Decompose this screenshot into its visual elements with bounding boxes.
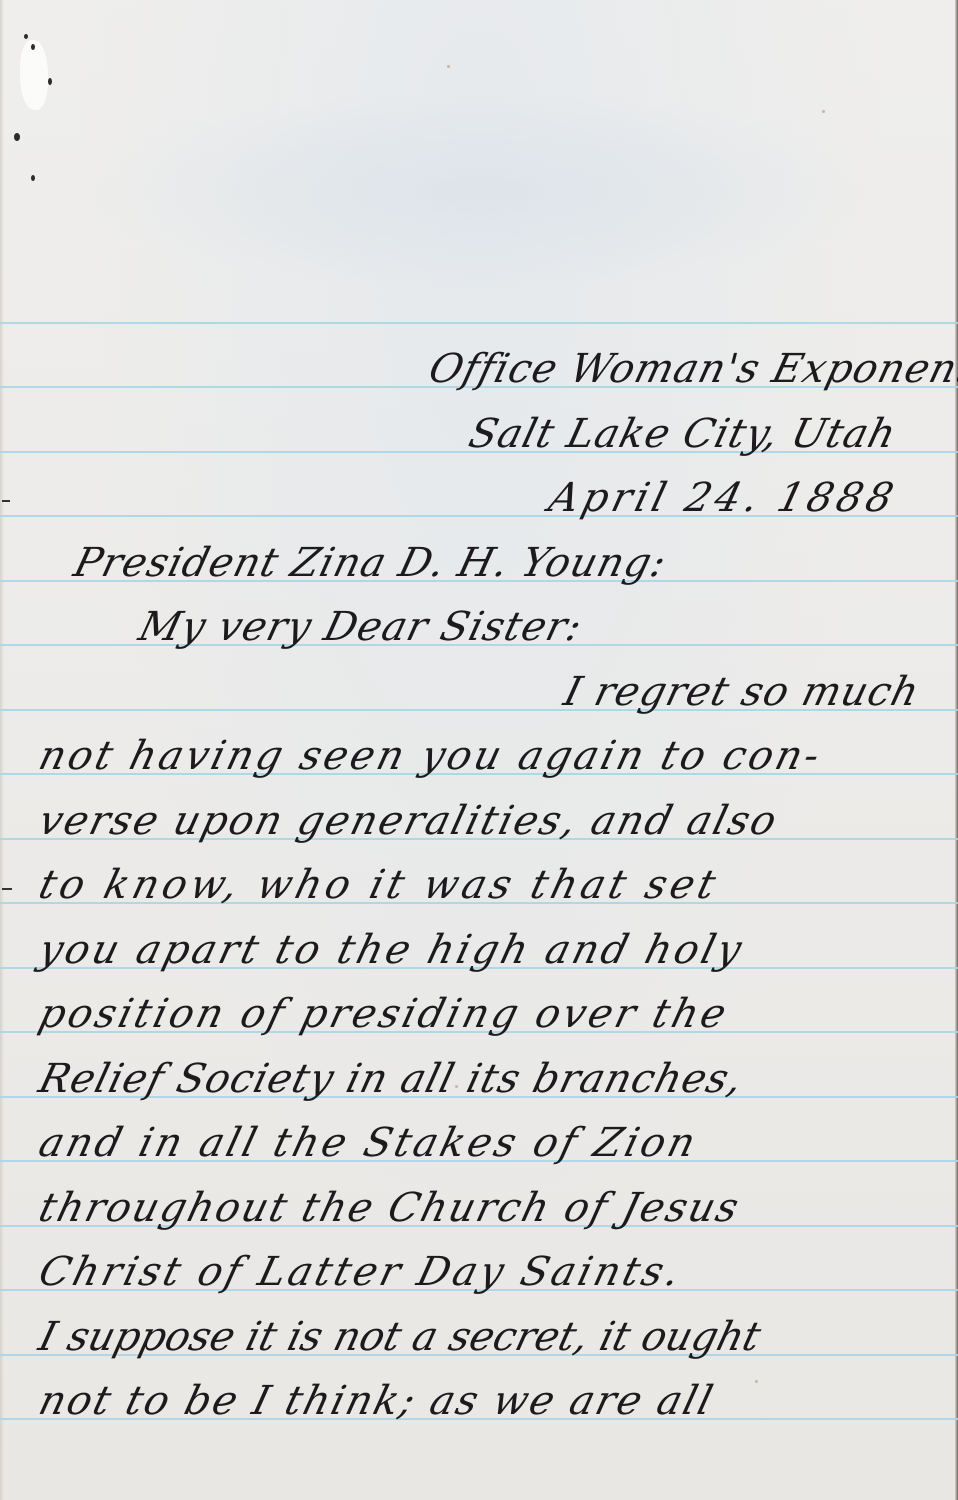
hole-mark bbox=[14, 133, 20, 141]
paper-left-edge bbox=[0, 0, 4, 1500]
letter-page: Office Woman's Exponent Salt Lake City, … bbox=[0, 0, 958, 1500]
body-line: position of presiding over the bbox=[35, 994, 733, 1034]
body-line: I regret so much bbox=[560, 672, 924, 712]
paper-speck bbox=[447, 65, 450, 68]
body-line: I suppose it is not a secret, it ought bbox=[35, 1317, 765, 1357]
ruled-line bbox=[0, 322, 958, 324]
body-line: verse upon generalities, and also bbox=[35, 801, 782, 841]
letterhead-watermark bbox=[60, 90, 900, 290]
binding-holes bbox=[12, 30, 52, 190]
body-line: throughout the Church of Jesus bbox=[35, 1188, 744, 1228]
hole-mark bbox=[24, 34, 28, 39]
body-line: not to be I think; as we are all bbox=[35, 1381, 718, 1421]
paper-speck bbox=[755, 1380, 758, 1383]
heading-city: Salt Lake City, Utah bbox=[465, 414, 900, 454]
body-line: Relief Society in all its branches, bbox=[35, 1059, 747, 1099]
heading-date: April 24. 1888 bbox=[545, 478, 901, 518]
addressee: President Zina D. H. Young: bbox=[70, 543, 671, 583]
torn-patch bbox=[20, 40, 48, 110]
body-line: Christ of Latter Day Saints. bbox=[35, 1252, 687, 1292]
body-line: to know, who it was that set bbox=[35, 865, 723, 905]
hole-mark bbox=[31, 44, 35, 50]
heading-office: Office Woman's Exponent bbox=[425, 349, 958, 389]
body-line: and in all the Stakes of Zion bbox=[35, 1123, 702, 1163]
body-line: you apart to the high and holy bbox=[35, 930, 748, 970]
body-line: not having seen you again to con- bbox=[35, 736, 826, 776]
margin-tick bbox=[2, 500, 10, 502]
hole-mark bbox=[31, 175, 35, 181]
salutation: My very Dear Sister: bbox=[135, 607, 586, 647]
margin-tick bbox=[2, 888, 12, 890]
hole-mark bbox=[48, 78, 52, 85]
paper-speck bbox=[822, 110, 825, 113]
